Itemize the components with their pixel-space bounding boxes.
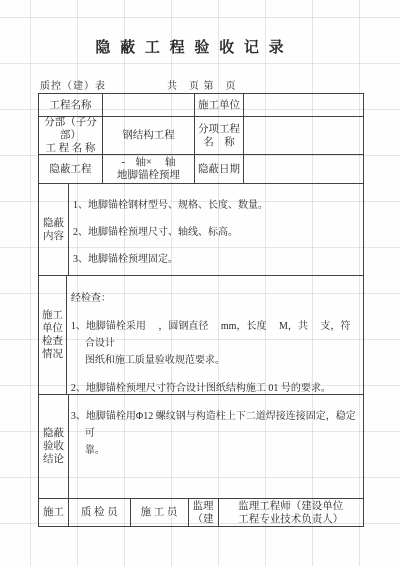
hidden-content-label: 隐蔽 内容 <box>39 184 68 275</box>
page-title: 隐 蔽 工 程 验 收 记 录 <box>0 36 382 57</box>
record-table: 工程名称 施工单位 分部（子分 部） 工 程 名 称 钢结构工程 分项工程 名 … <box>38 93 364 527</box>
hidden-work-label: 隐蔽工程 <box>39 155 102 183</box>
row-project: 工程名称 施工单位 <box>39 94 363 116</box>
row-hidden-content: 隐蔽 内容 1、地脚锚栓钢材型号、规格、长度、数量。 2、地脚锚栓预埋尺寸、轴线… <box>39 183 363 275</box>
subdivision-value: 钢结构工程 <box>102 117 194 154</box>
sig-supervisor-label: 监理 （建 <box>188 499 218 526</box>
inspection-item: 1、地脚锚栓采用 ，圆钢直径 mm，长度 M，共 支，符合设计 图纸和施工质量验… <box>71 318 358 369</box>
inspection-label: 施工 单位 检查 情况 <box>39 276 66 394</box>
project-name-label: 工程名称 <box>39 94 102 116</box>
construction-unit-label: 施工单位 <box>194 94 243 116</box>
row-signatures: 施工 质 检 员 施 工 员 监理 （建 监理工程师（建设单位 工程专业技术负责… <box>39 498 363 526</box>
form-sheet: 隐 蔽 工 程 验 收 记 录 质控（建）表 共 页 第 页 工程名称 施工单位… <box>0 0 400 566</box>
hidden-date-value <box>243 155 363 183</box>
conclusion-value <box>68 395 363 498</box>
sig-supervisor-engineer-label: 监理工程师（建设单位 工程专业技术负责人） <box>218 499 364 526</box>
row-inspection: 施工 单位 检查 情况 经检查： 1、地脚锚栓采用 ，圆钢直径 mm，长度 M，… <box>39 275 363 394</box>
hidden-content-body: 1、地脚锚栓钢材型号、规格、长度、数量。 2、地脚锚栓预埋尺寸、轴线、标高。 3… <box>68 184 363 275</box>
hidden-work-value: - 轴× 轴 地脚锚栓预埋 <box>102 155 194 183</box>
hidden-content-item: 3、地脚锚栓预埋固定。 <box>73 252 358 268</box>
sig-construction-label: 施工 <box>39 499 68 526</box>
page-count: 共 页 第 页 <box>167 77 237 92</box>
row-conclusion: 隐蔽 验收 结论 <box>39 394 363 498</box>
conclusion-label: 隐蔽 验收 结论 <box>39 395 68 498</box>
hidden-content-item: 2、地脚锚栓预埋尺寸、轴线、标高。 <box>73 225 358 241</box>
hidden-date-label: 隐蔽日期 <box>194 155 243 183</box>
row-hidden-work: 隐蔽工程 - 轴× 轴 地脚锚栓预埋 隐蔽日期 <box>39 154 363 183</box>
sig-qc-inspector-label: 质 检 员 <box>68 499 130 526</box>
row-subdivision: 分部（子分 部） 工 程 名 称 钢结构工程 分项工程 名 称 <box>39 116 363 154</box>
inspection-intro: 经检查： <box>71 290 358 307</box>
subdivision-label: 分部（子分 部） 工 程 名 称 <box>39 117 102 154</box>
construction-unit-value <box>243 94 363 116</box>
sig-construction-worker-label: 施 工 员 <box>130 499 188 526</box>
hidden-content-item: 1、地脚锚栓钢材型号、规格、长度、数量。 <box>73 198 358 214</box>
subitem-label: 分项工程 名 称 <box>194 117 243 154</box>
subitem-value <box>243 117 363 154</box>
project-name-value <box>102 94 194 116</box>
inspection-body: 经检查： 1、地脚锚栓采用 ，圆钢直径 mm，长度 M，共 支，符合设计 图纸和… <box>66 276 363 394</box>
form-code: 质控（建）表 <box>40 77 106 92</box>
